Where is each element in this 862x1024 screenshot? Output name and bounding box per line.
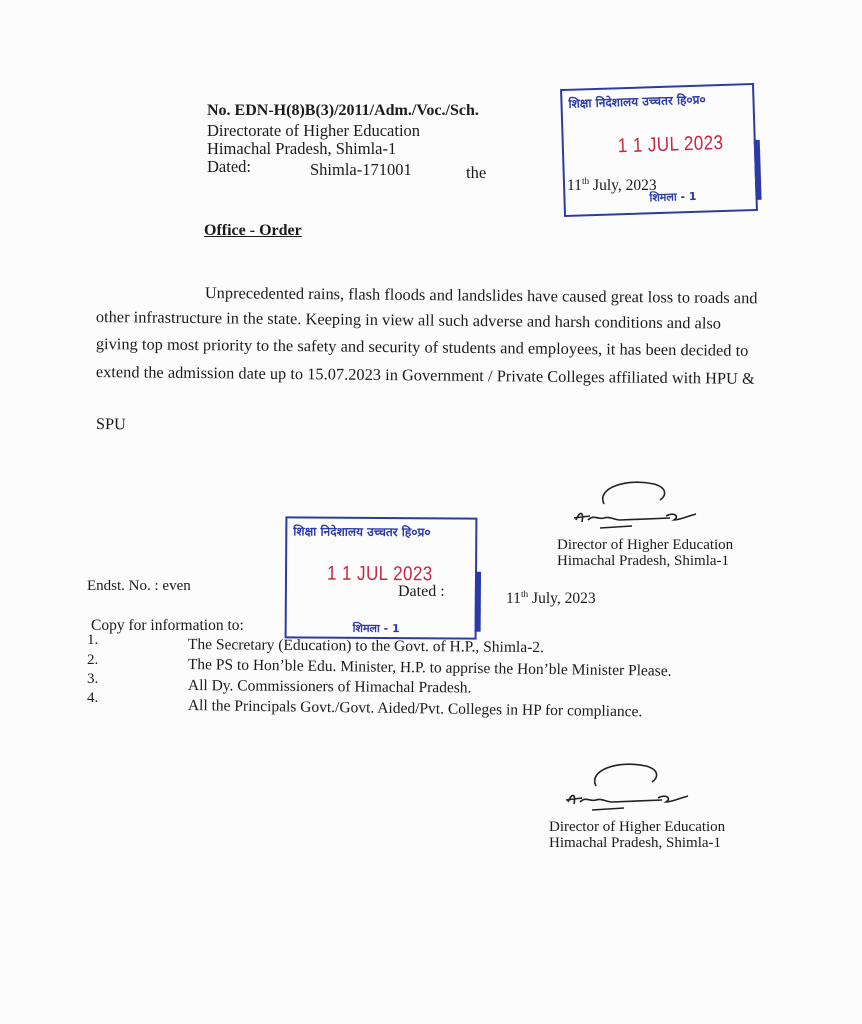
signatory-title: Director of Higher Education (549, 819, 725, 836)
body-line: extend the admission date up to 15.07.20… (96, 362, 755, 389)
dated-the: the (466, 163, 486, 183)
signature-2 (562, 758, 692, 818)
recipient-number: 3. (87, 671, 98, 688)
copy-to-label: Copy for information to: (91, 617, 244, 635)
body-line: other infrastructure in the state. Keepi… (96, 307, 806, 334)
recipient-item: All the Principals Govt./Govt. Aided/Pvt… (188, 697, 643, 721)
stamp-date: 1 1 JUL 2023 (618, 132, 724, 158)
dated-label: Dated: (207, 157, 251, 177)
stamp-footer: शिमला - 1 (353, 621, 400, 636)
dated-place: Shimla-171001 (310, 160, 412, 180)
receipt-stamp: शिक्षा निदेशालय उच्चतर हि०प्र० 1 1 JUL 2… (285, 516, 478, 639)
office-location: Himachal Pradesh, Shimla-1 (207, 139, 396, 159)
stamp-ink-smear (475, 572, 481, 632)
receipt-stamp: शिक्षा निदेशालय उच्चतर हि०प्र० 1 1 JUL 2… (560, 83, 758, 217)
office-name: Directorate of Higher Education (207, 121, 420, 141)
recipient-item: All Dy. Commissioners of Himachal Prades… (188, 677, 472, 697)
stamp-header: शिक्षा निदेशालय उच्चतर हि०प्र० (293, 522, 430, 540)
body-line: Unprecedented rains, flash floods and la… (205, 283, 758, 308)
reference-number: No. EDN-H(8)B(3)/2011/Adm./Voc./Sch. (207, 102, 479, 120)
signatory-location: Himachal Pradesh, Shimla-1 (557, 553, 729, 570)
recipient-number: 1. (87, 632, 98, 649)
stamp-ink-smear (754, 140, 762, 200)
document-title: Office - Order (204, 222, 302, 240)
signatory-title: Director of Higher Education (557, 537, 733, 554)
endorsement-dated-label: Dated : (398, 583, 445, 601)
signatory-location: Himachal Pradesh, Shimla-1 (549, 835, 721, 852)
endorsement-date: 11th July, 2023 (506, 590, 596, 608)
body-line: giving top most priority to the safety a… (96, 334, 749, 361)
signature-1 (570, 476, 700, 536)
recipient-item: The Secretary (Education) to the Govt. o… (188, 636, 544, 657)
stamp-header: शिक्षा निदेशालय उच्चतर हि०प्र० (568, 91, 706, 112)
recipient-number: 2. (87, 652, 98, 669)
body-line: SPU (96, 414, 126, 434)
recipient-number: 4. (87, 690, 98, 707)
header-date: 11th July, 2023 (567, 177, 657, 195)
endorsement-number: Endst. No. : even (87, 578, 191, 595)
